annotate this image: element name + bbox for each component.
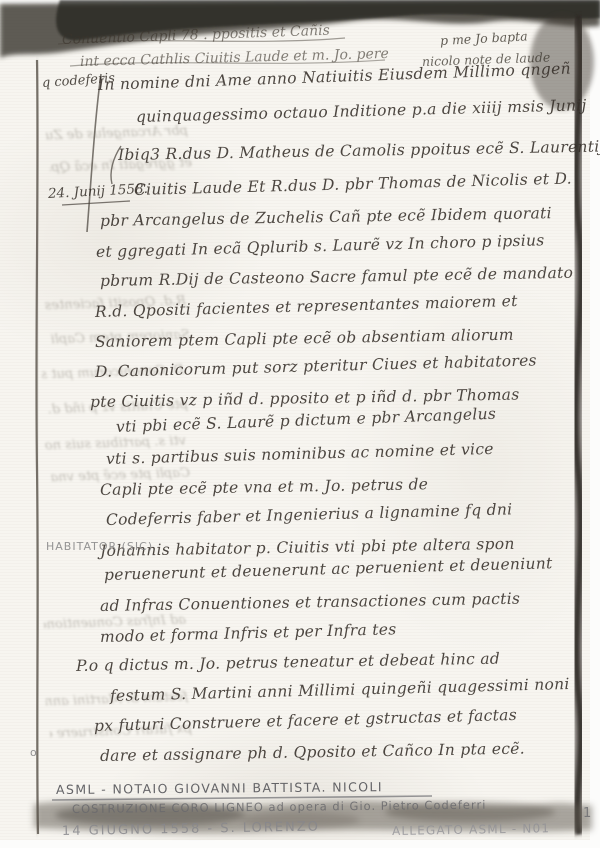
paraph-flourish	[87, 74, 101, 232]
archival-annotation-notary: ASML - NOTAIO GIOVANNI BATTISTA. NICOLI	[56, 779, 383, 797]
page-number: 1	[583, 806, 591, 821]
archival-annotation-reference: ALLEGATO ASML - N01	[392, 821, 550, 838]
left-edge-mark: o	[30, 746, 37, 759]
manuscript-scan-page: pbr Arcangelus de Zuchelis Cañ pte ecẽ I…	[0, 0, 600, 848]
margin-habitator-note: HABITATOR (SIC)	[46, 540, 153, 553]
date-underline	[62, 201, 130, 205]
left-fold-shadow	[36, 60, 38, 834]
